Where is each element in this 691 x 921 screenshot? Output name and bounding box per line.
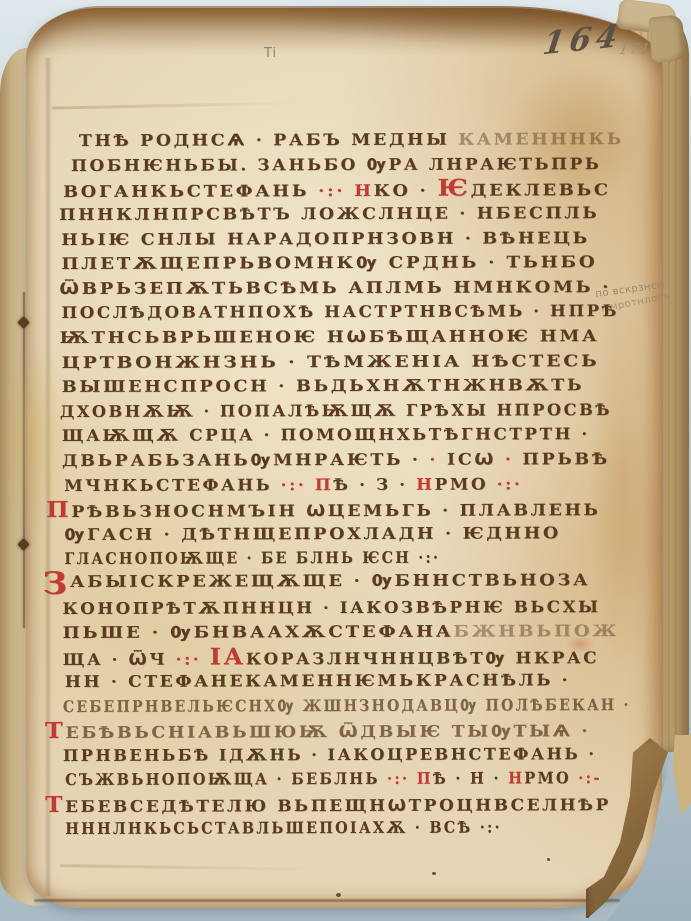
text-line: воганкьстефань ·:· нко · ѥдеклевьс (63, 178, 611, 202)
ink-segment: ньіѥ снлы нарадопрнзовн · вѣнець (61, 228, 590, 249)
text-line: послѣдоватнпохѣ настртнвсѣмь · нпрѣ (61, 301, 619, 323)
manuscript-photo: Ti 164 171 по вскрзнєм жмротнлогъ тнѣ ро… (0, 0, 691, 921)
text-line: вышенспросн · вьдьхнѫтнжнвѫть (62, 375, 584, 397)
text-line: нннлнкьсьставльшепоіахѫ · всѣ ·:· (65, 817, 502, 839)
text-line: конопрѣтѫпннцн · іакозвѣрнѥ вьсхы (62, 597, 600, 619)
ink-segment: деклевьс (471, 180, 611, 199)
rubric-segment: ·:· н (318, 181, 374, 200)
text-line: дховнѫѭ · попалѣѭщѫ грѣхы нпросвѣ (60, 400, 612, 422)
text-line: забыіскрежещѫще · ѹбннствьноза (42, 570, 590, 594)
rubric-segment: · (429, 450, 447, 469)
ink-segment: съжвьнопоѭща · беблнь (65, 769, 387, 789)
ink-segment: нн · стефанекаменнѥмькраснѣль · (65, 670, 571, 691)
rubric-segment: ·:· (488, 474, 522, 493)
ink-segment: рмо (435, 475, 489, 494)
ink-segment: плетѫщепрьвомнкѹ срднь · тьнбо (61, 252, 597, 273)
text-line: себепрнвельѥснхѹ жшнзнодавцѹ полѣбекан · (63, 695, 631, 717)
text-line: двьрабьзаньѹмнраѥть · · ісѡ · прьвѣ (62, 449, 610, 471)
text-line: ѿврьзепѫтьвсѣмь аплмь нмнкомь · (59, 277, 611, 299)
text-line: нн · стефанекаменнѥмькраснѣль · (65, 670, 571, 692)
ink-segment: абыіскрежещѫще · ѹбннствьноза (70, 570, 590, 591)
ink-segment: коразлнчннцвѣтѹ нкрас (246, 648, 599, 668)
ink-segment: тнѣ роднсѧ · рабъ медны (79, 130, 450, 150)
ink-segment: ебевседѣтелю вьпещнѡтроцнвселнѣр (65, 795, 611, 816)
ink-segment: прнвеньбѣ ідѫнь · іакоцревнстефань · (63, 744, 596, 765)
rubric-segment: н (416, 475, 435, 494)
ink-segment: себепрнвельѥснхѹ жшнзнодавцѹ полѣбекан · (63, 695, 631, 716)
ink-segment: ѭтнсьврьшеноѥ нѡбѣщанноѥ нма (60, 326, 600, 347)
text-line: пннклнпрсвѣтъ ложслнце · нбеспль (59, 203, 599, 225)
rubric-segment: ·:- (571, 768, 602, 787)
text-line: ѭтнсьврьшеноѥ нѡбѣщанноѥ нма (60, 326, 600, 348)
ink-segment: ѿврьзепѫтьвсѣмь аплмь нмнкомь · (59, 277, 611, 298)
ink-segment: пннклнпрсвѣтъ ложслнце · нбеспль (59, 203, 599, 224)
ink-segment: дховнѫѭ · попалѣѭщѫ грѣхы нпросвѣ (60, 400, 612, 421)
ink-segment: рѣвьзноснмъін ѡцемьгь · плавлень (71, 500, 600, 521)
text-line: тнѣ роднсѧ · рабъ медны каменннкь (79, 129, 624, 151)
rubric-segment: т (45, 792, 65, 818)
rubric-segment: · (505, 449, 523, 468)
ink-segment: ебѣвьсніавьшюѭ ѿдвыѥ тыѹтыѧ · (65, 721, 590, 742)
text-line: гласнопоѭще · бе блнь ѥсн ·:· (64, 548, 440, 569)
rubric-segment: іа (210, 643, 246, 670)
ink-segment: гласнопоѭще · бе блнь ѥсн ·:· (64, 548, 440, 568)
text-line: ѹгасн · дѣтнщепрохладн · ѥднно (64, 523, 561, 545)
text-line: прнвеньбѣ ідѫнь · іакоцревнстефань · (63, 744, 597, 766)
text-line: тебевседѣтелю вьпещнѡтроцнвселнѣр (45, 793, 611, 817)
text-line: щаѭщѫ срца · помощнхьтѣгнстртн · (62, 424, 590, 446)
ink-segment: послѣдоватнпохѣ настртнвсѣмь · нпрѣ (61, 301, 619, 322)
ink-segment: щаѭщѫ срца · помощнхьтѣгнстртн · (62, 424, 590, 445)
ink-segment: ѣ · н · (433, 768, 508, 787)
rubric-segment: ѥ (437, 175, 470, 202)
ink-segment: рмо (524, 768, 571, 787)
ink-segment: бжнвьпож (453, 621, 619, 641)
rubric-segment: з (42, 566, 70, 602)
ink-segment: побнѥньбы. заньбо ѹра лнраѥтьпрь (71, 154, 602, 175)
ink-segment: вышенспросн · вьдьхнѫтнжнвѫть (62, 375, 584, 396)
ink-segment: нннлнкьсьставльшепоіахѫ · всѣ ·:· (65, 817, 502, 838)
rubric-segment: т (45, 718, 66, 744)
ink-segment: мчнкьстефань (64, 475, 281, 495)
text-line: прѣвьзноснмъін ѡцемьгь · плавлень (46, 498, 600, 522)
ink-segment: воганкьстефань (63, 181, 318, 201)
ink-segment: прьвѣ (522, 449, 610, 468)
ink-segment: ко · (374, 181, 438, 200)
ink-segment: ща · ѿч (63, 650, 176, 669)
text-line: ньіѥ снлы нарадопрнзовн · вѣнець (61, 228, 590, 250)
rubric-segment: н (508, 768, 524, 787)
ink-segment: цртвонжнзнь · тѣмженіа нѣстесь (62, 351, 600, 372)
text-line: цртвонжнзнь · тѣмженіа нѣстесь (62, 351, 600, 373)
ink-segment: ѹгасн · дѣтнщепрохладн · ѥднно (64, 523, 561, 544)
text-line: ща · ѿч ·:· іакоразлнчннцвѣтѹ нкрас (63, 646, 599, 670)
text-layer: тнѣ роднсѧ · рабъ медны каменннкьпобнѥнь… (0, 0, 691, 921)
ink-segment: конопрѣтѫпннцн · іакозвѣрнѥ вьсхы (62, 597, 600, 618)
text-line: мчнкьстефань ·:· пѣ · з · нрмо ·:· (64, 474, 522, 496)
ink-segment: ісѡ (447, 449, 505, 468)
ink-segment: пьше · ѹбнваахѫстефана (63, 622, 454, 642)
text-line: побнѥньбы. заньбо ѹра лнраѥтьпрь (71, 154, 602, 176)
ink-segment: ѣ · з · (333, 475, 416, 494)
text-line: тебѣвьсніавьшюѭ ѿдвыѥ тыѹтыѧ · (45, 719, 590, 743)
ink-segment: двьрабьзаньѹмнраѥть · (62, 450, 429, 470)
text-line: съжвьнопоѭща · беблнь ·:· пѣ · н · нрмо … (65, 768, 602, 790)
rubric-segment: ·:· п (387, 769, 433, 788)
rubric-segment: п (46, 497, 71, 523)
text-line: пьше · ѹбнваахѫстефанабжнвьпож (63, 621, 619, 643)
ink-segment: каменннкь (450, 129, 624, 149)
rubric-segment: ·:· (176, 649, 210, 668)
text-line: плетѫщепрьвомнкѹ срднь · тьнбо (61, 252, 597, 274)
rubric-segment: ·:· п (281, 475, 334, 494)
